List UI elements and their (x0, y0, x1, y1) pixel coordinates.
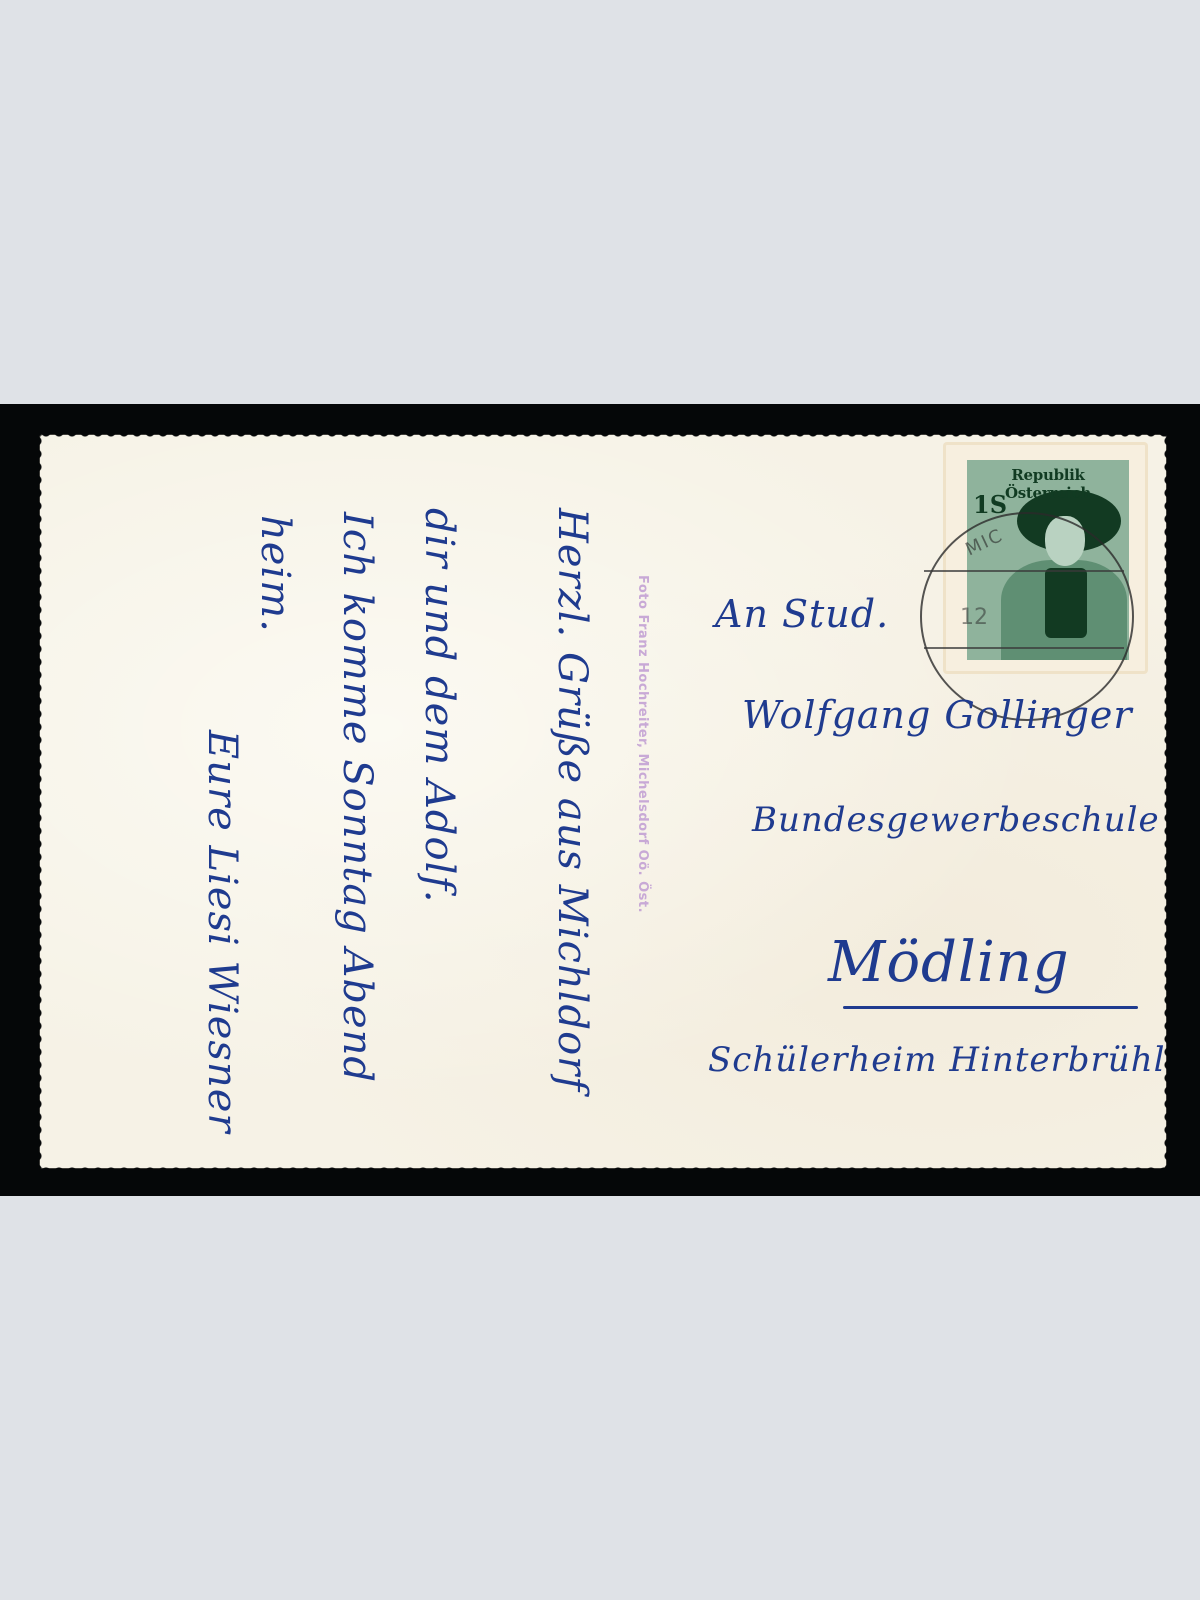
message-line-1: Herzl. Grüße aus Michldorf (549, 508, 595, 1092)
city-underline (843, 1006, 1138, 1009)
message-line-4: heim. (252, 515, 298, 633)
postmark-bar-top (924, 570, 1124, 572)
address-line-3: Bundesgewerbeschule (752, 800, 1160, 840)
message-line-3: Ich komme Sonntag Abend (334, 512, 380, 1083)
publisher-imprint: Foto Franz Hochreiter, Michelsdorf Oö. Ö… (635, 575, 650, 913)
message-signature: Eure Liesi Wiesner (199, 730, 245, 1134)
address-line-5: Schülerheim Hinterbrühl (708, 1040, 1165, 1080)
address-city: Mödling (828, 930, 1070, 995)
postmark-bar-bottom (924, 647, 1124, 649)
postmark-circle (920, 512, 1134, 721)
address-line-1: An Stud. (715, 592, 889, 636)
postmark-date: 12 (960, 605, 988, 630)
message-line-2: dir und dem Adolf. (416, 508, 462, 903)
address-line-2: Wolfgang Gollinger (742, 693, 1133, 737)
